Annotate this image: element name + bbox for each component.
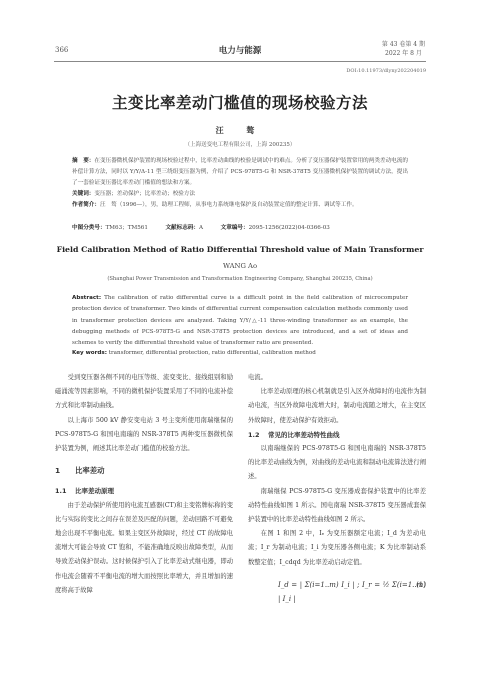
section-heading-1-2: 1.2常见的比率差动特性曲线: [248, 428, 426, 442]
author-en: WANG Ao: [0, 262, 480, 270]
classification: 中图分类号：TM63；TM561 文献标志码：A 文章编号：2095-1256(…: [72, 223, 408, 234]
keywords-en: Key words: transformer, differential pro…: [72, 348, 408, 359]
article-number-value: 2095-1256(2022)04-0366-03: [249, 225, 330, 231]
section-title: 比率差动: [75, 466, 105, 475]
body-column-left: 受到变压器各侧不同的电压等级、流变变比、接线组别和励磁涌流等因素影响，不同的微机…: [55, 371, 233, 598]
affiliation-cn: （上海送变电工程有限公司，上海 200235）: [0, 140, 480, 148]
section-number: 1: [55, 464, 75, 478]
body-column-right: 电流。 比率差动原理的核心机制就是引入区外故障时的电流作为制动电流，当区外故障电…: [248, 371, 426, 598]
equation-number: (1): [416, 578, 426, 592]
paragraph: 比率差动原理的核心机制就是引入区外故障时的电流作为制动电流，当区外故障电流增大时…: [248, 385, 426, 428]
section-title: 常见的比率差动特性曲线: [268, 431, 340, 439]
author-bio-label: 作者简介：: [72, 202, 100, 208]
paragraph: 由于差动保护所使用的电流互感器(CT)和主变铭牌标称的变比与实际的变比之间存在误…: [55, 499, 233, 598]
header-rule: [54, 61, 426, 62]
keywords-en-label: Key words:: [72, 350, 107, 356]
equation-1: I_d = | Σ(i=1..m) I_i | ; I_r = ½ Σ(i=1.…: [248, 576, 426, 598]
section-number: 1.1: [55, 484, 75, 498]
section-title: 比率差动原理: [75, 487, 114, 495]
equation-body: I_d = | Σ(i=1..m) I_i | ; I_r = ½ Σ(i=1.…: [278, 578, 426, 606]
article-number-label: 文章编号：: [221, 225, 249, 231]
section-number: 1.2: [248, 428, 268, 442]
paragraph: 在图 1 和图 2 中，Iₑ 为变压器额定电流；I_d 为差动电流；I_r 为制…: [248, 527, 426, 570]
volume-issue: 第 43 卷第 4 期: [382, 40, 425, 49]
issue-info: 第 43 卷第 4 期 2022 年 8 月: [382, 40, 425, 58]
paper-title-en: Field Calibration Method of Ratio Differ…: [0, 245, 480, 254]
section-heading-1: 1比率差动: [55, 464, 233, 478]
abstract-cn-text: 在变压器微机保护装置的现场校验过程中，比率差动曲线的校验是调试中的难点。分析了变…: [72, 158, 408, 186]
section-heading-1-1: 1.1比率差动原理: [55, 484, 233, 498]
paragraph: 以南瑞继保的 PCS-978T5-G 和国电南瑞的 NSR-378T5 的比率差…: [248, 442, 426, 485]
affiliation-en: (Shanghai Power Transmission and Transfo…: [0, 276, 480, 282]
keywords-cn-label: 关键词：: [72, 191, 94, 197]
abstract-cn-label: 摘 要：: [72, 158, 94, 164]
paragraph: 以上海市 500 kV 静安变电站 3 号主变所使用南瑞继保的 PCS-978T…: [55, 414, 233, 457]
issue-date: 2022 年 8 月: [382, 49, 425, 58]
keywords-cn-text: 变压器；差动保护；比率差动；校验方法: [94, 191, 195, 197]
author-bio-text: 汪 骜（1996—），男，助理工程师，从事电力系统继电保护及自动装置定值的整定计…: [100, 202, 358, 208]
clc-value: TM63；TM561: [106, 225, 148, 231]
doc-code-value: A: [199, 225, 203, 231]
keywords-en-text: transformer, differential protection, ra…: [107, 350, 316, 356]
abstract-en: Abstract: The calibration of ratio diffe…: [72, 293, 408, 349]
keywords-cn: 关键词：变压器；差动保护；比率差动；校验方法: [72, 189, 408, 200]
paragraph: 受到变压器各侧不同的电压等级、流变变比、接线组别和励磁涌流等因素影响，不同的微机…: [55, 371, 233, 414]
paragraph: 电流。: [248, 371, 426, 385]
paper-title-cn: 主变比率差动门槛值的现场校验方法: [0, 91, 480, 113]
author-bio: 作者简介：汪 骜（1996—），男，助理工程师，从事电力系统继电保护及自动装置定…: [72, 200, 408, 211]
author-cn: 汪 骜: [0, 125, 480, 136]
abstract-cn: 摘 要：在变压器微机保护装置的现场校验过程中，比率差动曲线的校验是调试中的难点。…: [72, 156, 408, 189]
abstract-en-text: The calibration of ratio differential cu…: [72, 295, 408, 346]
doi: DOI:10.11973/dlyny202204019: [346, 68, 426, 74]
paragraph: 南瑞继保 PCS-978T5-G 变压器成套保护装置中的比率差动特性曲线如图 1…: [248, 485, 426, 528]
abstract-en-label: Abstract:: [72, 295, 101, 301]
doc-code-label: 文献标志码：: [165, 225, 199, 231]
clc-label: 中图分类号：: [72, 225, 106, 231]
